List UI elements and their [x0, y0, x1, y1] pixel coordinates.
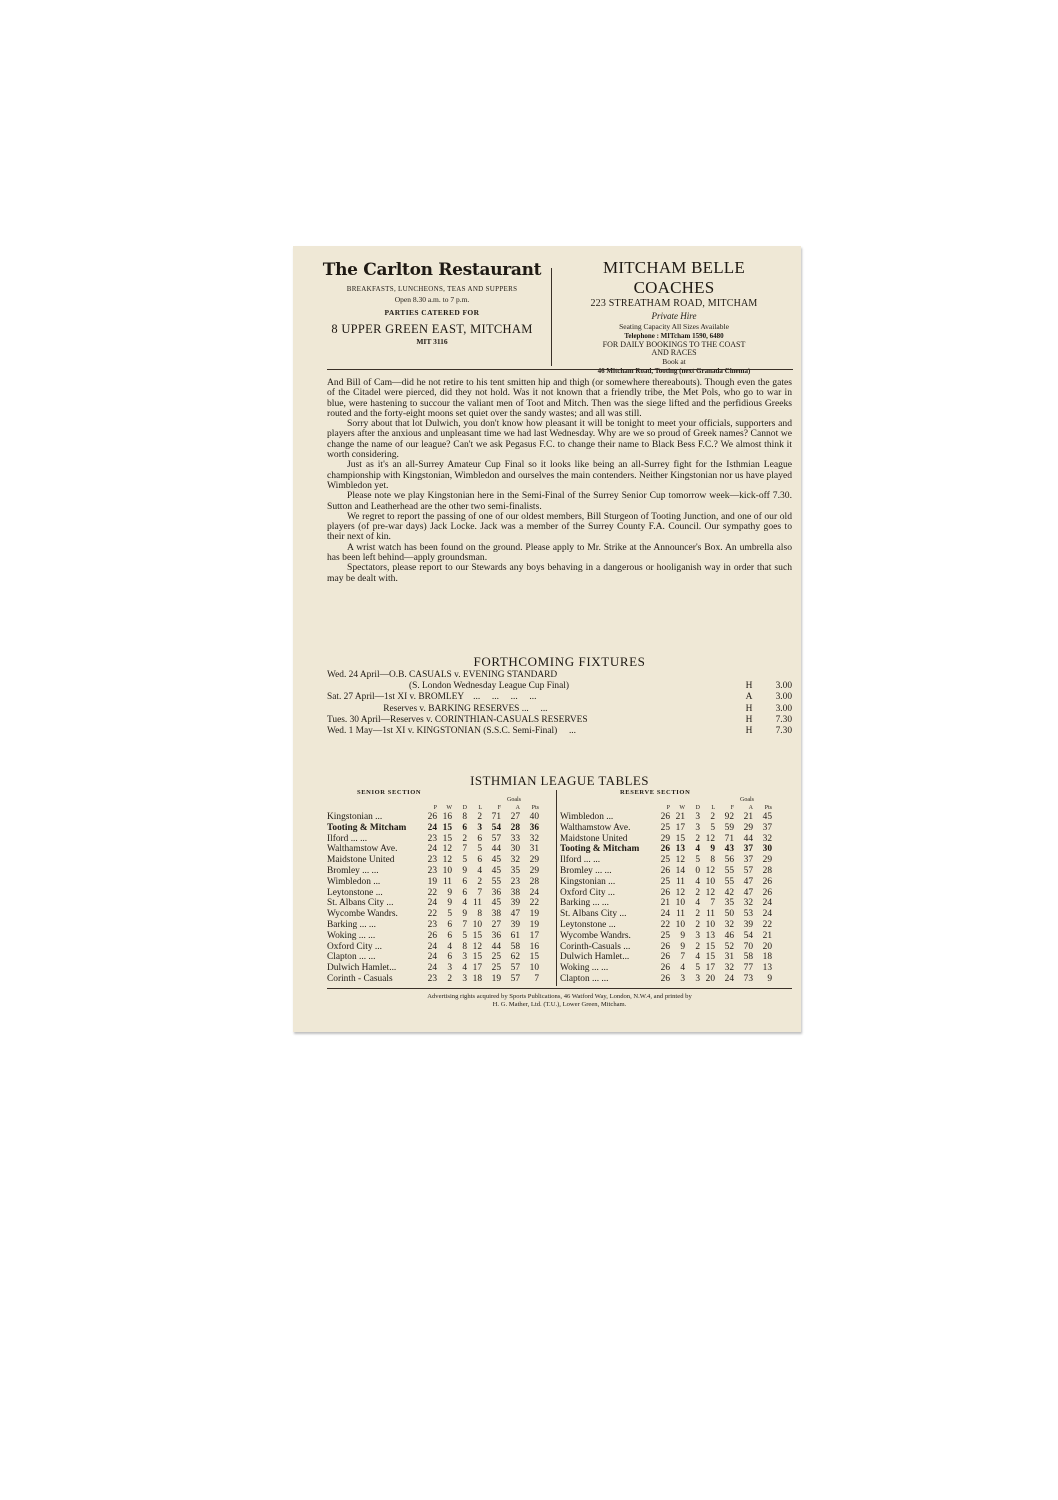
points: 7 — [520, 974, 539, 985]
col-w: W — [437, 804, 452, 812]
team-name: Corinth - Casuals — [327, 974, 422, 985]
goals-against: 70 — [734, 942, 753, 953]
table-row: Oxford City ...244812445816 — [327, 942, 555, 953]
points: 24 — [753, 898, 772, 909]
imprint-line2: H. G. Mather, Ltd. (T.U.), Lower Green, … — [327, 1001, 792, 1009]
team-name: St. Albans City ... — [327, 898, 422, 909]
goals-for: 27 — [482, 920, 501, 931]
lost: 12 — [467, 942, 482, 953]
fixture-row: Wed. 24 April—O.B. CASUALS v. EVENING ST… — [327, 670, 792, 681]
drawn: 4 — [685, 844, 700, 855]
table-row: Tooting & Mitcham241563542836 — [327, 823, 555, 834]
team-name: Bromley ... ... — [327, 866, 422, 877]
team-name: Walthamstow Ave. — [327, 844, 422, 855]
imprint-line1: Advertising rights acquired by Sports Pu… — [327, 993, 792, 1001]
points: 37 — [753, 823, 772, 834]
table-row: Dulwich Hamlet...243417255710 — [327, 963, 555, 974]
senior-section-table: SENIOR SECTION Goals P W D L F A Pts Kin… — [327, 788, 555, 985]
lost: 15 — [700, 942, 715, 953]
drawn: 5 — [452, 855, 467, 866]
team-name: Corinth-Casuals ... — [560, 942, 655, 953]
col-d: D — [685, 804, 700, 812]
won: 10 — [437, 866, 452, 877]
table-row: Ilford ... ...231526573332 — [327, 834, 555, 845]
team-name: Wycombe Wandrs. — [560, 931, 655, 942]
drawn: 4 — [685, 877, 700, 888]
reserve-section-table: RESERVE SECTION Goals P W D L F A Pts Wi… — [560, 788, 788, 985]
goals-against: 77 — [734, 963, 753, 974]
goals-for: 55 — [715, 866, 734, 877]
played: 26 — [655, 952, 670, 963]
team-name: Barking ... ... — [327, 920, 422, 931]
goals-for: 56 — [715, 855, 734, 866]
goals-against: 61 — [501, 931, 520, 942]
goals-against: 37 — [734, 855, 753, 866]
played: 25 — [655, 877, 670, 888]
lost: 12 — [700, 834, 715, 845]
team-name: Kingstonian ... — [560, 877, 655, 888]
goals-for: 59 — [715, 823, 734, 834]
played: 26 — [655, 844, 670, 855]
table-row: St. Albans City ...249411453922 — [327, 898, 555, 909]
played: 24 — [422, 823, 437, 834]
goals-against: 32 — [734, 898, 753, 909]
col-w: W — [670, 804, 685, 812]
won: 2 — [437, 974, 452, 985]
won: 10 — [670, 920, 685, 931]
col-l: L — [700, 804, 715, 812]
col-a: A — [734, 804, 753, 812]
goals-for: 92 — [715, 812, 734, 823]
goals-against: 33 — [501, 834, 520, 845]
points: 15 — [520, 952, 539, 963]
drawn: 2 — [685, 909, 700, 920]
goals-against: 47 — [734, 877, 753, 888]
fixture-description: Wed. 1 May—1st XI v. KINGSTONIAN (S.S.C.… — [327, 726, 734, 737]
team-name: Maidstone United — [560, 834, 655, 845]
programme-page: The Carlton Restaurant BREAKFASTS, LUNCH… — [293, 246, 801, 1032]
team-name: Wimbledon ... — [327, 877, 422, 888]
goals-against: 37 — [734, 844, 753, 855]
fixture-row: Sat. 27 April—1st XI v. BROMLEY ... ... … — [327, 692, 792, 703]
table-row: Walthamstow Ave.251735592937 — [560, 823, 788, 834]
lost: 2 — [700, 812, 715, 823]
table-row: Dulwich Hamlet...267415315818 — [560, 952, 788, 963]
drawn: 6 — [452, 877, 467, 888]
drawn: 4 — [452, 898, 467, 909]
team-name: Bromley ... ... — [560, 866, 655, 877]
team-name: Woking ... ... — [327, 931, 422, 942]
drawn: 2 — [685, 942, 700, 953]
goals-against: 28 — [501, 823, 520, 834]
mitcham-belle-coaches-advert: MITCHAM BELLE COACHES 223 STREATHAM ROAD… — [561, 258, 787, 376]
fixture-description: Reserves v. BARKING RESERVES ... ... — [327, 704, 734, 715]
points: 19 — [520, 920, 539, 931]
table-row: Corinth-Casuals ...269215527020 — [560, 942, 788, 953]
goals-for: 54 — [482, 823, 501, 834]
fixture-row: (S. London Wednesday League Cup Final) H… — [327, 681, 792, 692]
played: 24 — [655, 909, 670, 920]
points: 24 — [753, 909, 772, 920]
points: 22 — [753, 920, 772, 931]
carlton-title: The Carlton Restaurant — [321, 260, 543, 280]
fixture-time: 7.30 — [764, 726, 792, 737]
goals-against: 73 — [734, 974, 753, 985]
goals-label-text: Goals — [507, 797, 521, 804]
team-name: Walthamstow Ave. — [560, 823, 655, 834]
table-row: Oxford City ...2612212424726 — [560, 888, 788, 899]
table-row: Maidstone United231256453229 — [327, 855, 555, 866]
lost: 10 — [700, 920, 715, 931]
carlton-parties: PARTIES CATERED FOR — [321, 308, 543, 318]
points: 10 — [520, 963, 539, 974]
points: 29 — [520, 866, 539, 877]
forthcoming-fixtures: FORTHCOMING FIXTURES Wed. 24 April—O.B. … — [327, 654, 792, 737]
lost: 5 — [467, 844, 482, 855]
table-row: Bromley ... ...231094453529 — [327, 866, 555, 877]
lost: 12 — [700, 866, 715, 877]
fixtures-title: FORTHCOMING FIXTURES — [327, 654, 792, 670]
col-pts: Pts — [520, 804, 539, 812]
played: 25 — [655, 855, 670, 866]
column-headers: P W D L F A Pts — [327, 804, 555, 812]
played: 26 — [655, 963, 670, 974]
goals-for: 45 — [482, 866, 501, 877]
lost: 17 — [700, 963, 715, 974]
carlton-services: BREAKFASTS, LUNCHEONS, TEAS AND SUPPERS — [321, 283, 543, 295]
played: 26 — [422, 931, 437, 942]
drawn: 8 — [452, 942, 467, 953]
team-name: Clapton ... ... — [327, 952, 422, 963]
league-tables: ISTHMIAN LEAGUE TABLES SENIOR SECTION Go… — [327, 773, 792, 988]
goals-against: 47 — [501, 909, 520, 920]
coaches-address: 223 STREATHAM ROAD, MITCHAM — [561, 298, 787, 310]
points: 29 — [520, 855, 539, 866]
col-f: F — [482, 804, 501, 812]
table-row: Bromley ... ...2614012555728 — [560, 866, 788, 877]
goals-against: 58 — [501, 942, 520, 953]
club-notes: And Bill of Cam—did he not retire to his… — [327, 378, 792, 584]
drawn: 7 — [452, 844, 467, 855]
drawn: 8 — [452, 812, 467, 823]
lost: 8 — [700, 855, 715, 866]
col-p: P — [655, 804, 670, 812]
table-row: Ilford ... ...251258563729 — [560, 855, 788, 866]
goals-against: 23 — [501, 877, 520, 888]
goals-against: 39 — [501, 920, 520, 931]
table-row: Tooting & Mitcham261349433730 — [560, 844, 788, 855]
fixture-venue: H — [734, 726, 764, 737]
points: 17 — [520, 931, 539, 942]
drawn: 4 — [452, 963, 467, 974]
team-name: Tooting & Mitcham — [560, 844, 655, 855]
lost: 18 — [467, 974, 482, 985]
points: 26 — [753, 877, 772, 888]
goals-for: 57 — [482, 834, 501, 845]
played: 21 — [655, 898, 670, 909]
team-name: Woking ... ... — [560, 963, 655, 974]
col-p: P — [422, 804, 437, 812]
drawn: 5 — [685, 855, 700, 866]
won: 12 — [437, 855, 452, 866]
points: 22 — [520, 898, 539, 909]
goals-for: 42 — [715, 888, 734, 899]
goals-label: Goals — [560, 797, 788, 804]
goals-for: 35 — [715, 898, 734, 909]
played: 25 — [655, 823, 670, 834]
team-name: Leytonstone ... — [560, 920, 655, 931]
reserve-section-title: RESERVE SECTION — [560, 788, 788, 797]
fixture-row: Tues. 30 April—Reserves v. CORINTHIAN-CA… — [327, 715, 792, 726]
goals-against: 57 — [501, 963, 520, 974]
fixture-venue: A — [734, 692, 764, 703]
fixture-venue: H — [734, 704, 764, 715]
drawn: 3 — [452, 952, 467, 963]
goals-for: 32 — [715, 963, 734, 974]
lost: 11 — [700, 909, 715, 920]
team-name: Barking ... ... — [560, 898, 655, 909]
played: 25 — [655, 931, 670, 942]
points: 9 — [753, 974, 772, 985]
lost: 17 — [467, 963, 482, 974]
league-tables-title: ISTHMIAN LEAGUE TABLES — [327, 773, 792, 788]
table-row: Corinth - Casuals23231819577 — [327, 974, 555, 985]
played: 23 — [422, 866, 437, 877]
team-name: Maidstone United — [327, 855, 422, 866]
goals-for: 52 — [715, 942, 734, 953]
goals-against: 27 — [501, 812, 520, 823]
points: 13 — [753, 963, 772, 974]
coaches-hire: Private Hire — [561, 310, 787, 322]
table-row: Kingstonian ...2511410554726 — [560, 877, 788, 888]
table-row: Wycombe Wandrs.22598384719 — [327, 909, 555, 920]
goals-against: 54 — [734, 931, 753, 942]
goals-for: 36 — [482, 888, 501, 899]
printer-imprint: Advertising rights acquired by Sports Pu… — [327, 988, 792, 1009]
goals-label: Goals — [327, 797, 555, 804]
carlton-phone: MIT 3116 — [321, 337, 543, 347]
goals-for: 25 — [482, 963, 501, 974]
coaches-book-at: Book at — [561, 357, 787, 367]
table-row: Woking ... ...264517327713 — [560, 963, 788, 974]
table-row: Clapton ... ...246315256215 — [327, 952, 555, 963]
col-f: F — [715, 804, 734, 812]
tables-divider — [556, 790, 557, 986]
points: 32 — [753, 834, 772, 845]
drawn: 0 — [685, 866, 700, 877]
lost: 8 — [467, 909, 482, 920]
col-pts: Pts — [753, 804, 772, 812]
played: 23 — [422, 834, 437, 845]
drawn: 2 — [685, 888, 700, 899]
goals-for: 44 — [482, 844, 501, 855]
won: 15 — [437, 823, 452, 834]
table-row: Kingstonian ... 261682712740 — [327, 812, 555, 823]
goals-against: 39 — [501, 898, 520, 909]
lost: 5 — [700, 823, 715, 834]
lost: 7 — [700, 898, 715, 909]
lost: 2 — [467, 812, 482, 823]
won: 16 — [437, 812, 452, 823]
note-paragraph: Please note we play Kingstonian here in … — [327, 491, 792, 512]
team-name: Kingstonian ... — [327, 812, 422, 823]
played: 22 — [422, 909, 437, 920]
advert-divider — [551, 268, 552, 366]
fixture-description: Sat. 27 April—1st XI v. BROMLEY ... ... … — [327, 692, 734, 703]
drawn: 3 — [685, 823, 700, 834]
played: 29 — [655, 834, 670, 845]
goals-against: 21 — [734, 812, 753, 823]
lost: 20 — [700, 974, 715, 985]
won: 6 — [437, 920, 452, 931]
played: 24 — [422, 952, 437, 963]
won: 6 — [437, 931, 452, 942]
goals-for: 19 — [482, 974, 501, 985]
points: 40 — [520, 812, 539, 823]
table-row: Leytonstone ...2210210323922 — [560, 920, 788, 931]
goals-for: 44 — [482, 942, 501, 953]
advert-banner: The Carlton Restaurant BREAKFASTS, LUNCH… — [293, 246, 801, 368]
played: 26 — [655, 888, 670, 899]
team-name: Oxford City ... — [560, 888, 655, 899]
won: 9 — [437, 898, 452, 909]
points: 24 — [520, 888, 539, 899]
won: 13 — [670, 844, 685, 855]
drawn: 4 — [685, 898, 700, 909]
goals-against: 32 — [501, 855, 520, 866]
won: 4 — [670, 963, 685, 974]
goals-against: 38 — [501, 888, 520, 899]
goals-against: 62 — [501, 952, 520, 963]
fixture-venue — [734, 670, 764, 681]
goals-label-text: Goals — [740, 797, 754, 804]
drawn: 4 — [685, 952, 700, 963]
col-a: A — [501, 804, 520, 812]
lost: 15 — [700, 952, 715, 963]
won: 12 — [670, 855, 685, 866]
drawn: 9 — [452, 909, 467, 920]
won: 15 — [437, 834, 452, 845]
won: 21 — [670, 812, 685, 823]
drawn: 5 — [685, 963, 700, 974]
played: 26 — [655, 974, 670, 985]
drawn: 2 — [685, 920, 700, 931]
drawn: 2 — [685, 834, 700, 845]
points: 21 — [753, 931, 772, 942]
note-paragraph: Spectators, please report to our Steward… — [327, 563, 792, 584]
played: 26 — [655, 866, 670, 877]
goals-for: 43 — [715, 844, 734, 855]
fixture-time: 7.30 — [764, 715, 792, 726]
lost: 10 — [700, 877, 715, 888]
table-row: Wimbledon ...262132922145 — [560, 812, 788, 823]
goals-for: 32 — [715, 920, 734, 931]
points: 20 — [753, 942, 772, 953]
team-name: Dulwich Hamlet... — [327, 963, 422, 974]
points: 26 — [753, 888, 772, 899]
won: 11 — [670, 877, 685, 888]
goals-for: 55 — [482, 877, 501, 888]
goals-for: 46 — [715, 931, 734, 942]
note-paragraph: A wrist watch has been found on the grou… — [327, 543, 792, 564]
lost: 13 — [700, 931, 715, 942]
won: 15 — [670, 834, 685, 845]
fixture-time — [764, 670, 792, 681]
won: 10 — [670, 898, 685, 909]
col-l: L — [467, 804, 482, 812]
lost: 15 — [467, 952, 482, 963]
carlton-hours: Open 8.30 a.m. to 7 p.m. — [321, 295, 543, 305]
goals-against: 53 — [734, 909, 753, 920]
played: 19 — [422, 877, 437, 888]
table-row: Woking ... ...266515366117 — [327, 931, 555, 942]
points: 16 — [520, 942, 539, 953]
fixture-row: Wed. 1 May—1st XI v. KINGSTONIAN (S.S.C.… — [327, 726, 792, 737]
won: 6 — [437, 952, 452, 963]
drawn: 7 — [452, 920, 467, 931]
won: 11 — [670, 909, 685, 920]
played: 24 — [422, 942, 437, 953]
won: 9 — [437, 888, 452, 899]
points: 29 — [753, 855, 772, 866]
points: 28 — [753, 866, 772, 877]
drawn: 3 — [685, 974, 700, 985]
fixture-row: Reserves v. BARKING RESERVES ... ... H 3… — [327, 704, 792, 715]
goals-for: 38 — [482, 909, 501, 920]
lost: 10 — [467, 920, 482, 931]
won: 4 — [437, 942, 452, 953]
goals-for: 45 — [482, 855, 501, 866]
table-row: Barking ... ...236710273919 — [327, 920, 555, 931]
table-row: Wycombe Wandrs.259313465421 — [560, 931, 788, 942]
lost: 12 — [700, 888, 715, 899]
column-headers: P W D L F A Pts — [560, 804, 788, 812]
goals-against: 57 — [734, 866, 753, 877]
won: 7 — [670, 952, 685, 963]
goals-for: 31 — [715, 952, 734, 963]
played: 23 — [422, 920, 437, 931]
goals-against: 30 — [501, 844, 520, 855]
team-name: Ilford ... ... — [560, 855, 655, 866]
fixture-venue: H — [734, 681, 764, 692]
won: 17 — [670, 823, 685, 834]
goals-for: 25 — [482, 952, 501, 963]
team-name: Wycombe Wandrs. — [327, 909, 422, 920]
table-row: Maidstone United2915212714432 — [560, 834, 788, 845]
team-name: Dulwich Hamlet... — [560, 952, 655, 963]
note-paragraph: Sorry about that lot Dulwich, you don't … — [327, 419, 792, 460]
fixture-description: Tues. 30 April—Reserves v. CORINTHIAN-CA… — [327, 715, 734, 726]
won: 12 — [437, 844, 452, 855]
drawn: 9 — [452, 866, 467, 877]
goals-against: 35 — [501, 866, 520, 877]
goals-for: 55 — [715, 877, 734, 888]
won: 11 — [437, 877, 452, 888]
played: 24 — [422, 844, 437, 855]
played: 23 — [422, 974, 437, 985]
goals-for: 24 — [715, 974, 734, 985]
won: 9 — [670, 931, 685, 942]
lost: 11 — [467, 898, 482, 909]
points: 30 — [753, 844, 772, 855]
note-paragraph: Just as it's an all-Surrey Amateur Cup F… — [327, 460, 792, 491]
lost: 9 — [700, 844, 715, 855]
goals-for: 71 — [715, 834, 734, 845]
team-name: Leytonstone ... — [327, 888, 422, 899]
team-name: Tooting & Mitcham — [327, 823, 422, 834]
drawn: 3 — [685, 931, 700, 942]
played: 26 — [422, 812, 437, 823]
